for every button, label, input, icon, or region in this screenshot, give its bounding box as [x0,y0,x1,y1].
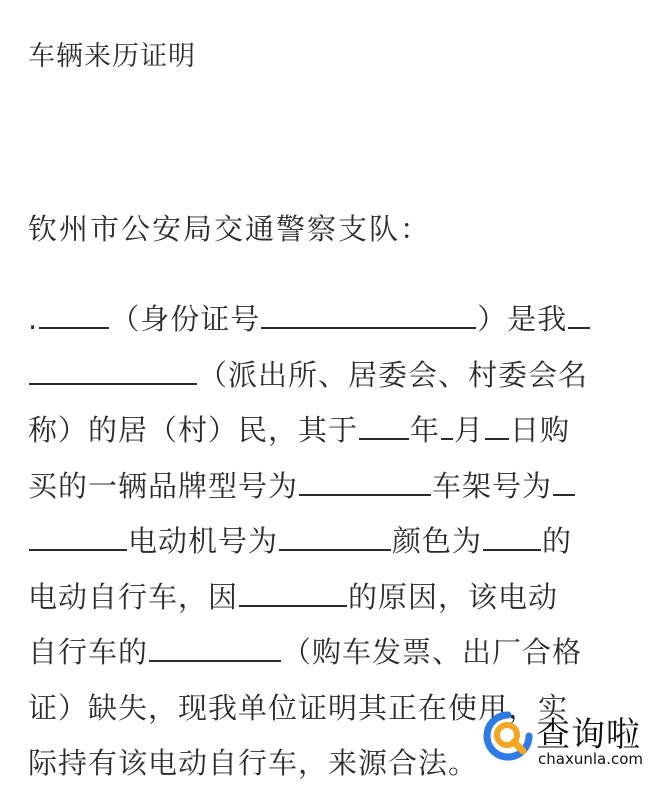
fill-in-blank [39,305,109,329]
text-segment: 的原因，该电动 [348,580,558,614]
fill-in-blank [441,416,453,440]
text-segment: 车架号为 [432,469,552,503]
watermark: 查询啦 chaxunla.com [480,700,650,780]
text-line: 电动自行车，因的原因，该电动 [28,570,628,626]
text-segment: ）是我 [477,302,567,336]
text-line: 自行车的（购车发票、出厂合格 [28,625,628,681]
text-line: 电动机号为颜色为的 [28,514,628,570]
text-line: 称）的居（村）民，其于年月日购 [28,403,628,459]
text-segment: （购车发票、出厂合格 [282,635,582,669]
fill-in-blank [299,472,431,496]
text-segment: 买的一辆品牌型号为 [28,469,298,503]
text-line: 买的一辆品牌型号为车架号为 [28,459,628,515]
fill-in-blank [485,416,509,440]
text-segment: （派出所、居委会、村委会名 [198,358,588,392]
text-segment: 的 [542,524,572,558]
fill-in-blank [553,472,575,496]
text-segment: 自行车的 [28,635,148,669]
fill-in-blank [279,527,391,551]
text-segment: （身份证号 [110,302,260,336]
text-segment: . [28,302,38,336]
addressee: 钦州市公安局交通警察支队： [28,207,431,248]
fill-in-blank [261,305,476,329]
text-segment: 际持有该电动自行车，来源合法。 [28,746,478,780]
watermark-brand-cn: 查询啦 [536,707,641,756]
fill-in-blank [149,638,281,662]
text-segment: 电动自行车，因 [28,580,238,614]
text-segment: 电动机号为 [128,524,278,558]
text-line: .（身份证号）是我 [28,292,628,348]
text-line: （派出所、居委会、村委会名 [28,348,628,404]
fill-in-blank [568,305,590,329]
fill-in-blank [29,527,127,551]
document-title: 车辆来历证明 [28,34,196,73]
fill-in-blank [483,527,541,551]
magnifier-q-logo-icon [483,711,533,761]
text-segment: 年 [410,413,440,447]
fill-in-blank [359,416,409,440]
text-segment: 颜色为 [392,524,482,558]
text-segment: 月 [454,413,484,447]
watermark-brand-en: chaxunla.com [538,750,643,768]
text-segment: 日购 [510,413,570,447]
fill-in-blank [239,583,347,607]
fill-in-blank [29,361,197,385]
text-segment: 称）的居（村）民，其于 [28,413,358,447]
